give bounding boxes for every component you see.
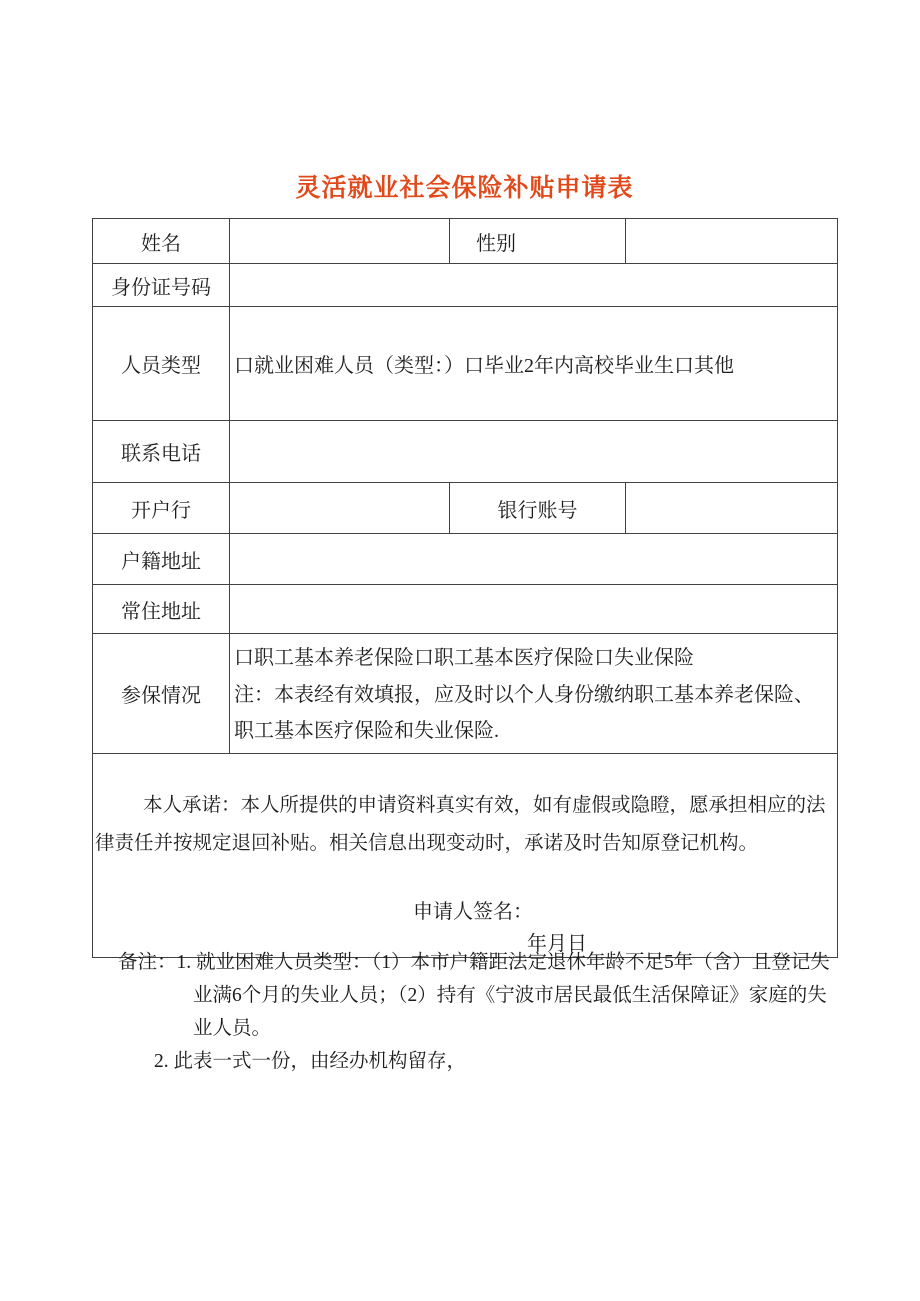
- insurance-options[interactable]: 口职工基本养老保险口职工基本医疗保险口失业保险: [234, 640, 831, 677]
- row-residential-address: 常住地址: [93, 585, 838, 634]
- insurance-cell: 口职工基本养老保险口职工基本医疗保险口失业保险 注：本表经有效填报，应及时以个人…: [230, 634, 838, 754]
- commitment-paragraph: 本人承诺：本人所提供的申请资料真实有效，如有虚假或隐瞪，愿承担相应的法律责任并按…: [95, 787, 835, 863]
- row-id-number: 身份证号码: [93, 264, 838, 307]
- registered-address-input-cell[interactable]: [230, 534, 838, 585]
- note-1-text: 1. 就业困难人员类型：（1）本市户籍距法定退休年龄不足5年（含）且登记失业满6…: [177, 952, 830, 1039]
- insurance-label: 参保情况: [93, 634, 230, 754]
- row-phone: 联系电话: [93, 421, 838, 483]
- phone-input-cell[interactable]: [230, 421, 838, 483]
- row-name-gender: 姓名 性别: [93, 219, 838, 264]
- row-insurance: 参保情况 口职工基本养老保险口职工基本医疗保险口失业保险 注：本表经有效填报，应…: [93, 634, 838, 754]
- personnel-type-options[interactable]: 口就业困难人员（类型：）口毕业2年内高校毕业生口其他: [230, 307, 838, 421]
- registered-address-label: 户籍地址: [93, 534, 230, 585]
- personnel-type-label: 人员类型: [93, 307, 230, 421]
- gender-label: 性别: [450, 219, 626, 264]
- row-commitment: 本人承诺：本人所提供的申请资料真实有效，如有虚假或隐瞪，愿承担相应的法律责任并按…: [93, 754, 838, 958]
- name-label: 姓名: [93, 219, 230, 264]
- bank-branch-input-cell[interactable]: [230, 483, 450, 534]
- gender-input-cell[interactable]: [626, 219, 838, 264]
- commitment-cell: 本人承诺：本人所提供的申请资料真实有效，如有虚假或隐瞪，愿承担相应的法律责任并按…: [93, 754, 838, 958]
- name-input-cell[interactable]: [230, 219, 450, 264]
- bank-branch-label: 开户行: [93, 483, 230, 534]
- bank-account-label: 银行账号: [450, 483, 626, 534]
- bank-account-input-cell[interactable]: [626, 483, 838, 534]
- id-number-input-cell[interactable]: [230, 264, 838, 307]
- notes-section: 备注：1. 就业困难人员类型：（1）本市户籍距法定退休年龄不足5年（含）且登记失…: [118, 946, 838, 1078]
- id-number-label: 身份证号码: [93, 264, 230, 307]
- note-item-1: 备注：1. 就业困难人员类型：（1）本市户籍距法定退休年龄不足5年（含）且登记失…: [118, 946, 838, 1045]
- row-personnel-type: 人员类型 口就业困难人员（类型：）口毕业2年内高校毕业生口其他: [93, 307, 838, 421]
- signature-label[interactable]: 申请人签名：: [413, 899, 837, 925]
- notes-prefix: 备注：: [118, 952, 177, 973]
- residential-address-input-cell[interactable]: [230, 585, 838, 634]
- row-bank: 开户行 银行账号: [93, 483, 838, 534]
- insurance-note: 注：本表经有效填报，应及时以个人身份缴纳职工基本养老保险、职工基本医疗保险和失业…: [234, 677, 831, 749]
- residential-address-label: 常住地址: [93, 585, 230, 634]
- application-table: 姓名 性别 身份证号码 人员类型 口就业困难人员（类型：）口毕业2年内高校毕业生…: [92, 218, 838, 958]
- phone-label: 联系电话: [93, 421, 230, 483]
- note-item-2: 2. 此表一式一份，由经办机构留存，: [154, 1045, 838, 1078]
- row-registered-address: 户籍地址: [93, 534, 838, 585]
- page-title: 灵活就业社会保险补贴申请表: [92, 168, 837, 204]
